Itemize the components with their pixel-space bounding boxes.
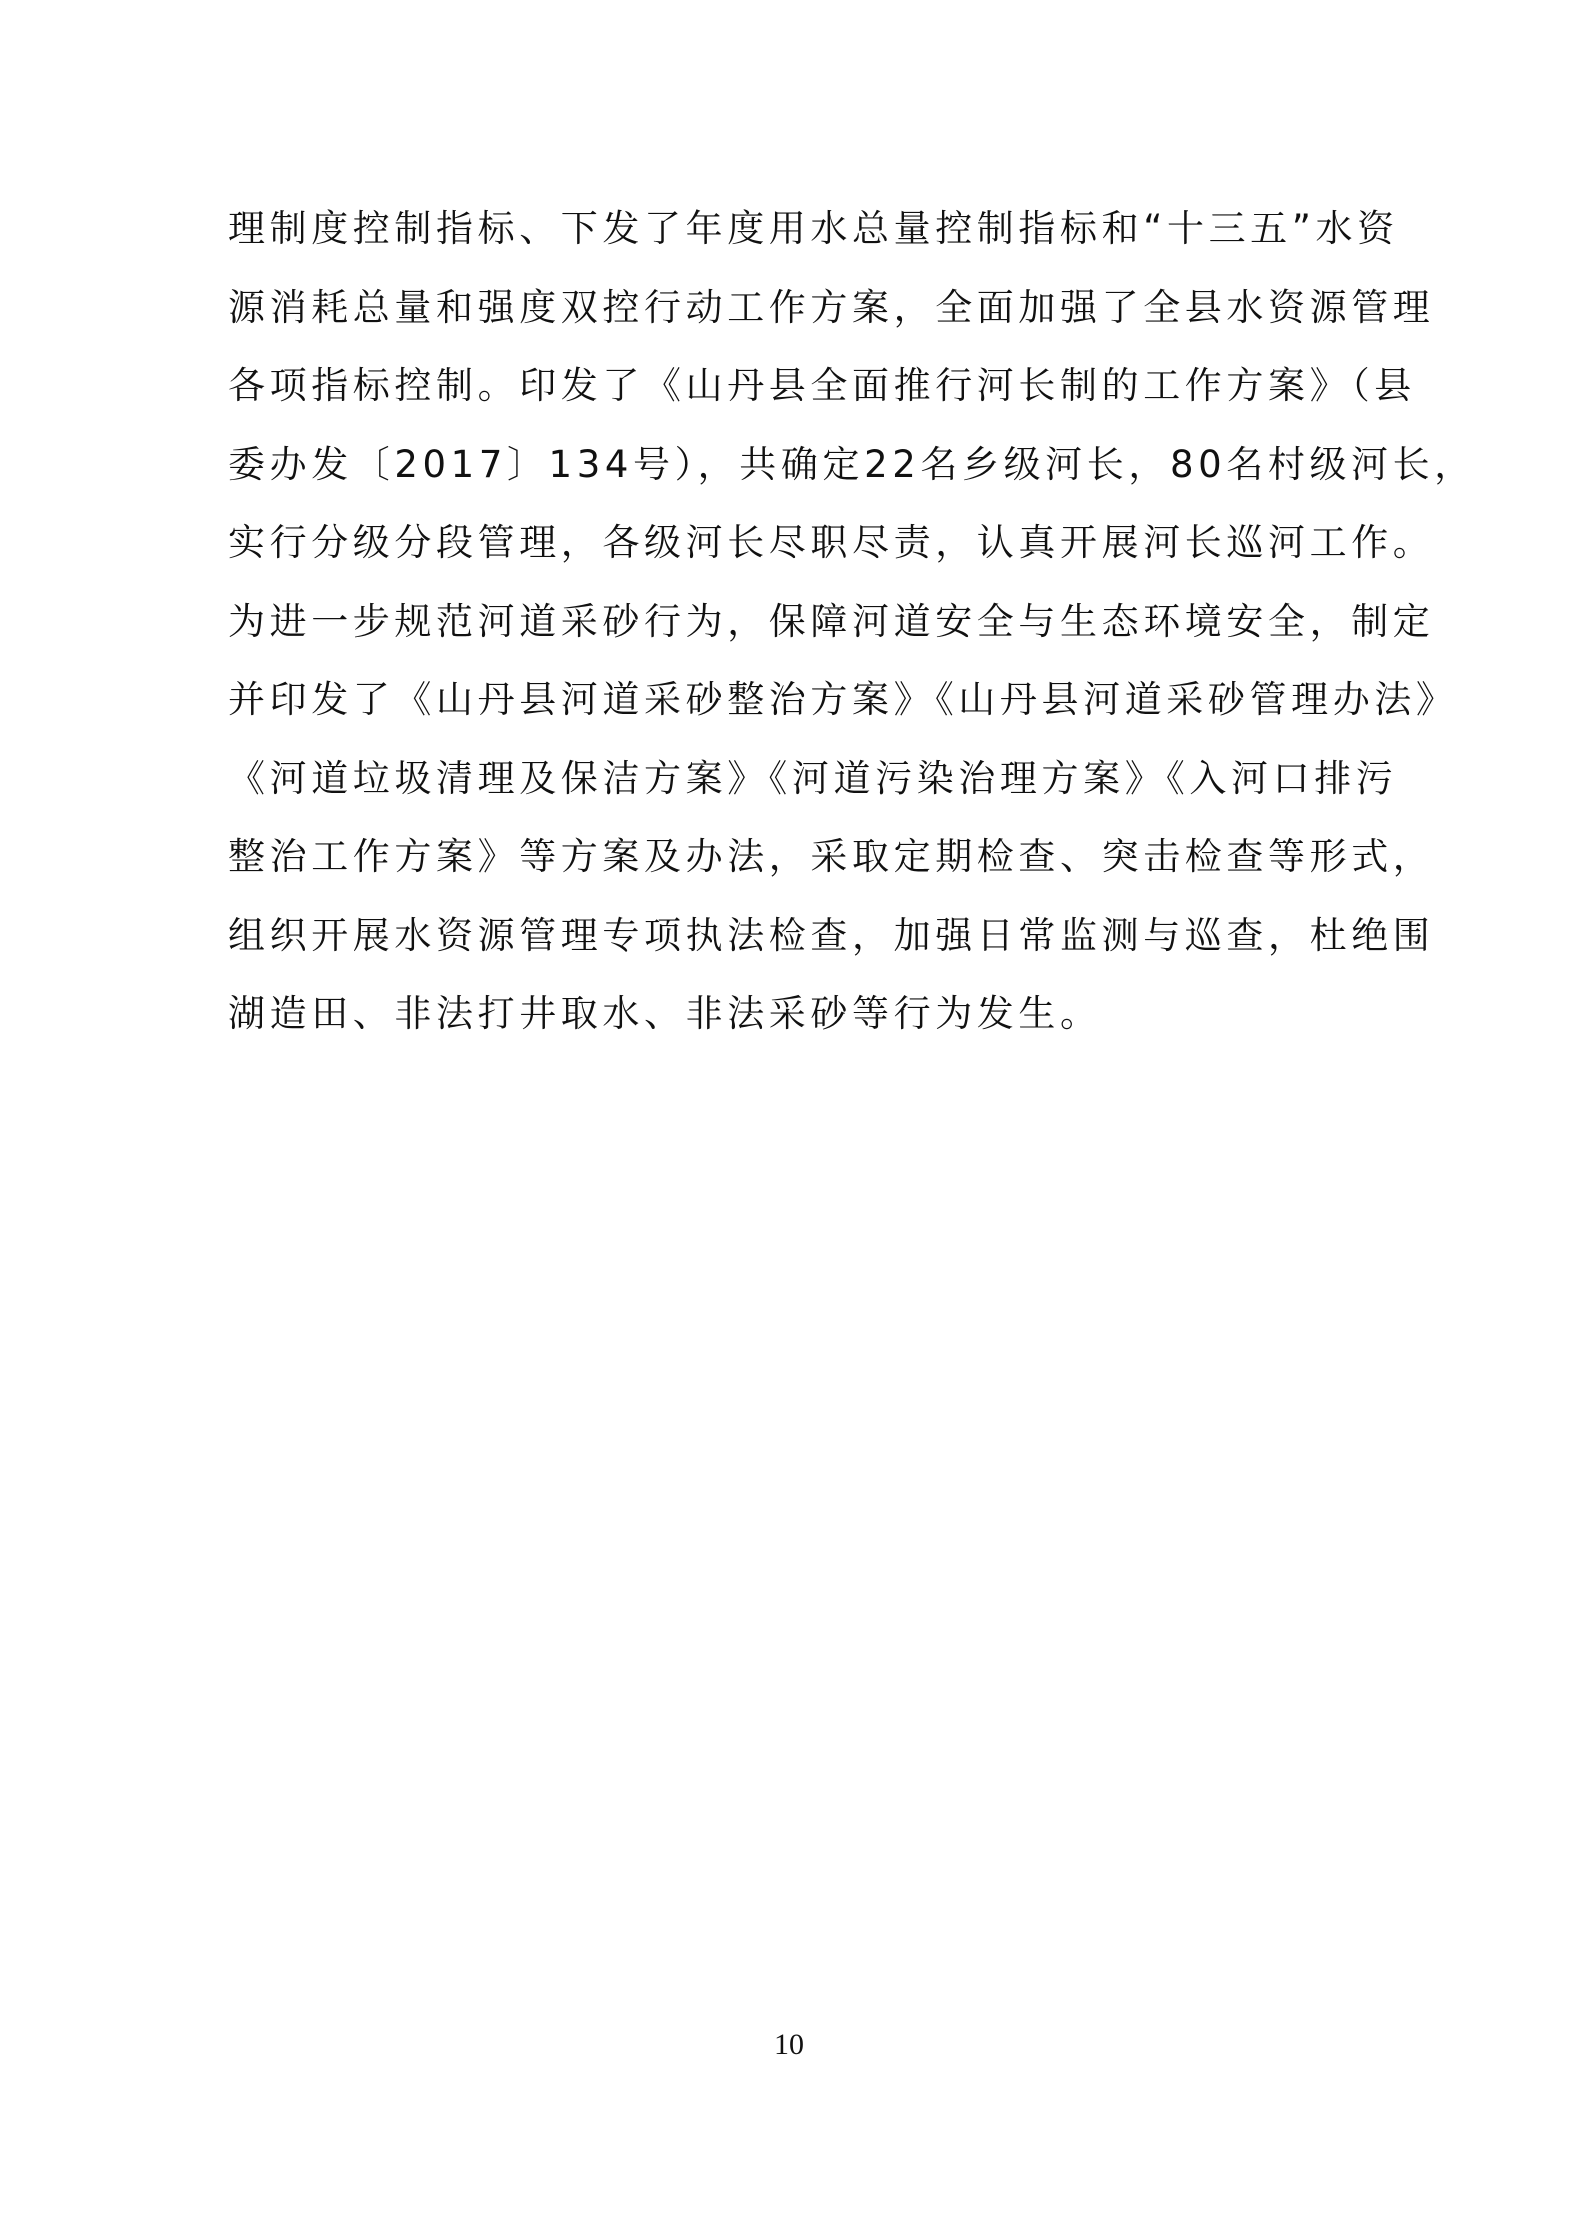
page-number: 10 (0, 2028, 1578, 2062)
text-line-10: 组织开展水资源管理专项执法检查，加强日常监测与巡查，杜绝围 (228, 897, 1378, 976)
text-line-11: 湖造田、非法打井取水、非法采砂等行为发生。 (228, 975, 1378, 1054)
text-line-1: 理制度控制指标、下发了年度用水总量控制指标和“十三五”水资 (228, 190, 1378, 269)
body-paragraph: 理制度控制指标、下发了年度用水总量控制指标和“十三五”水资 源消耗总量和强度双控… (228, 190, 1378, 1054)
text-line-6: 为进一步规范河道采砂行为，保障河道安全与生态环境安全，制定 (228, 583, 1378, 662)
text-line-8: 《河道垃圾清理及保洁方案》《河道污染治理方案》《入河口排污 (228, 740, 1378, 819)
text-line-5: 实行分级分段管理，各级河长尽职尽责，认真开展河长巡河工作。 (228, 504, 1378, 583)
text-line-2: 源消耗总量和强度双控行动工作方案，全面加强了全县水资源管理 (228, 269, 1378, 348)
text-line-7: 并印发了《山丹县河道采砂整治方案》《山丹县河道采砂管理办法》 (228, 661, 1378, 740)
text-line-3: 各项指标控制。印发了《山丹县全面推行河长制的工作方案》（县 (228, 347, 1378, 426)
text-line-4: 委办发〔2017〕134号），共确定22名乡级河长，80名村级河长， (228, 426, 1378, 505)
document-page: 理制度控制指标、下发了年度用水总量控制指标和“十三五”水资 源消耗总量和强度双控… (0, 0, 1578, 2229)
text-line-9: 整治工作方案》等方案及办法，采取定期检查、突击检查等形式， (228, 818, 1378, 897)
